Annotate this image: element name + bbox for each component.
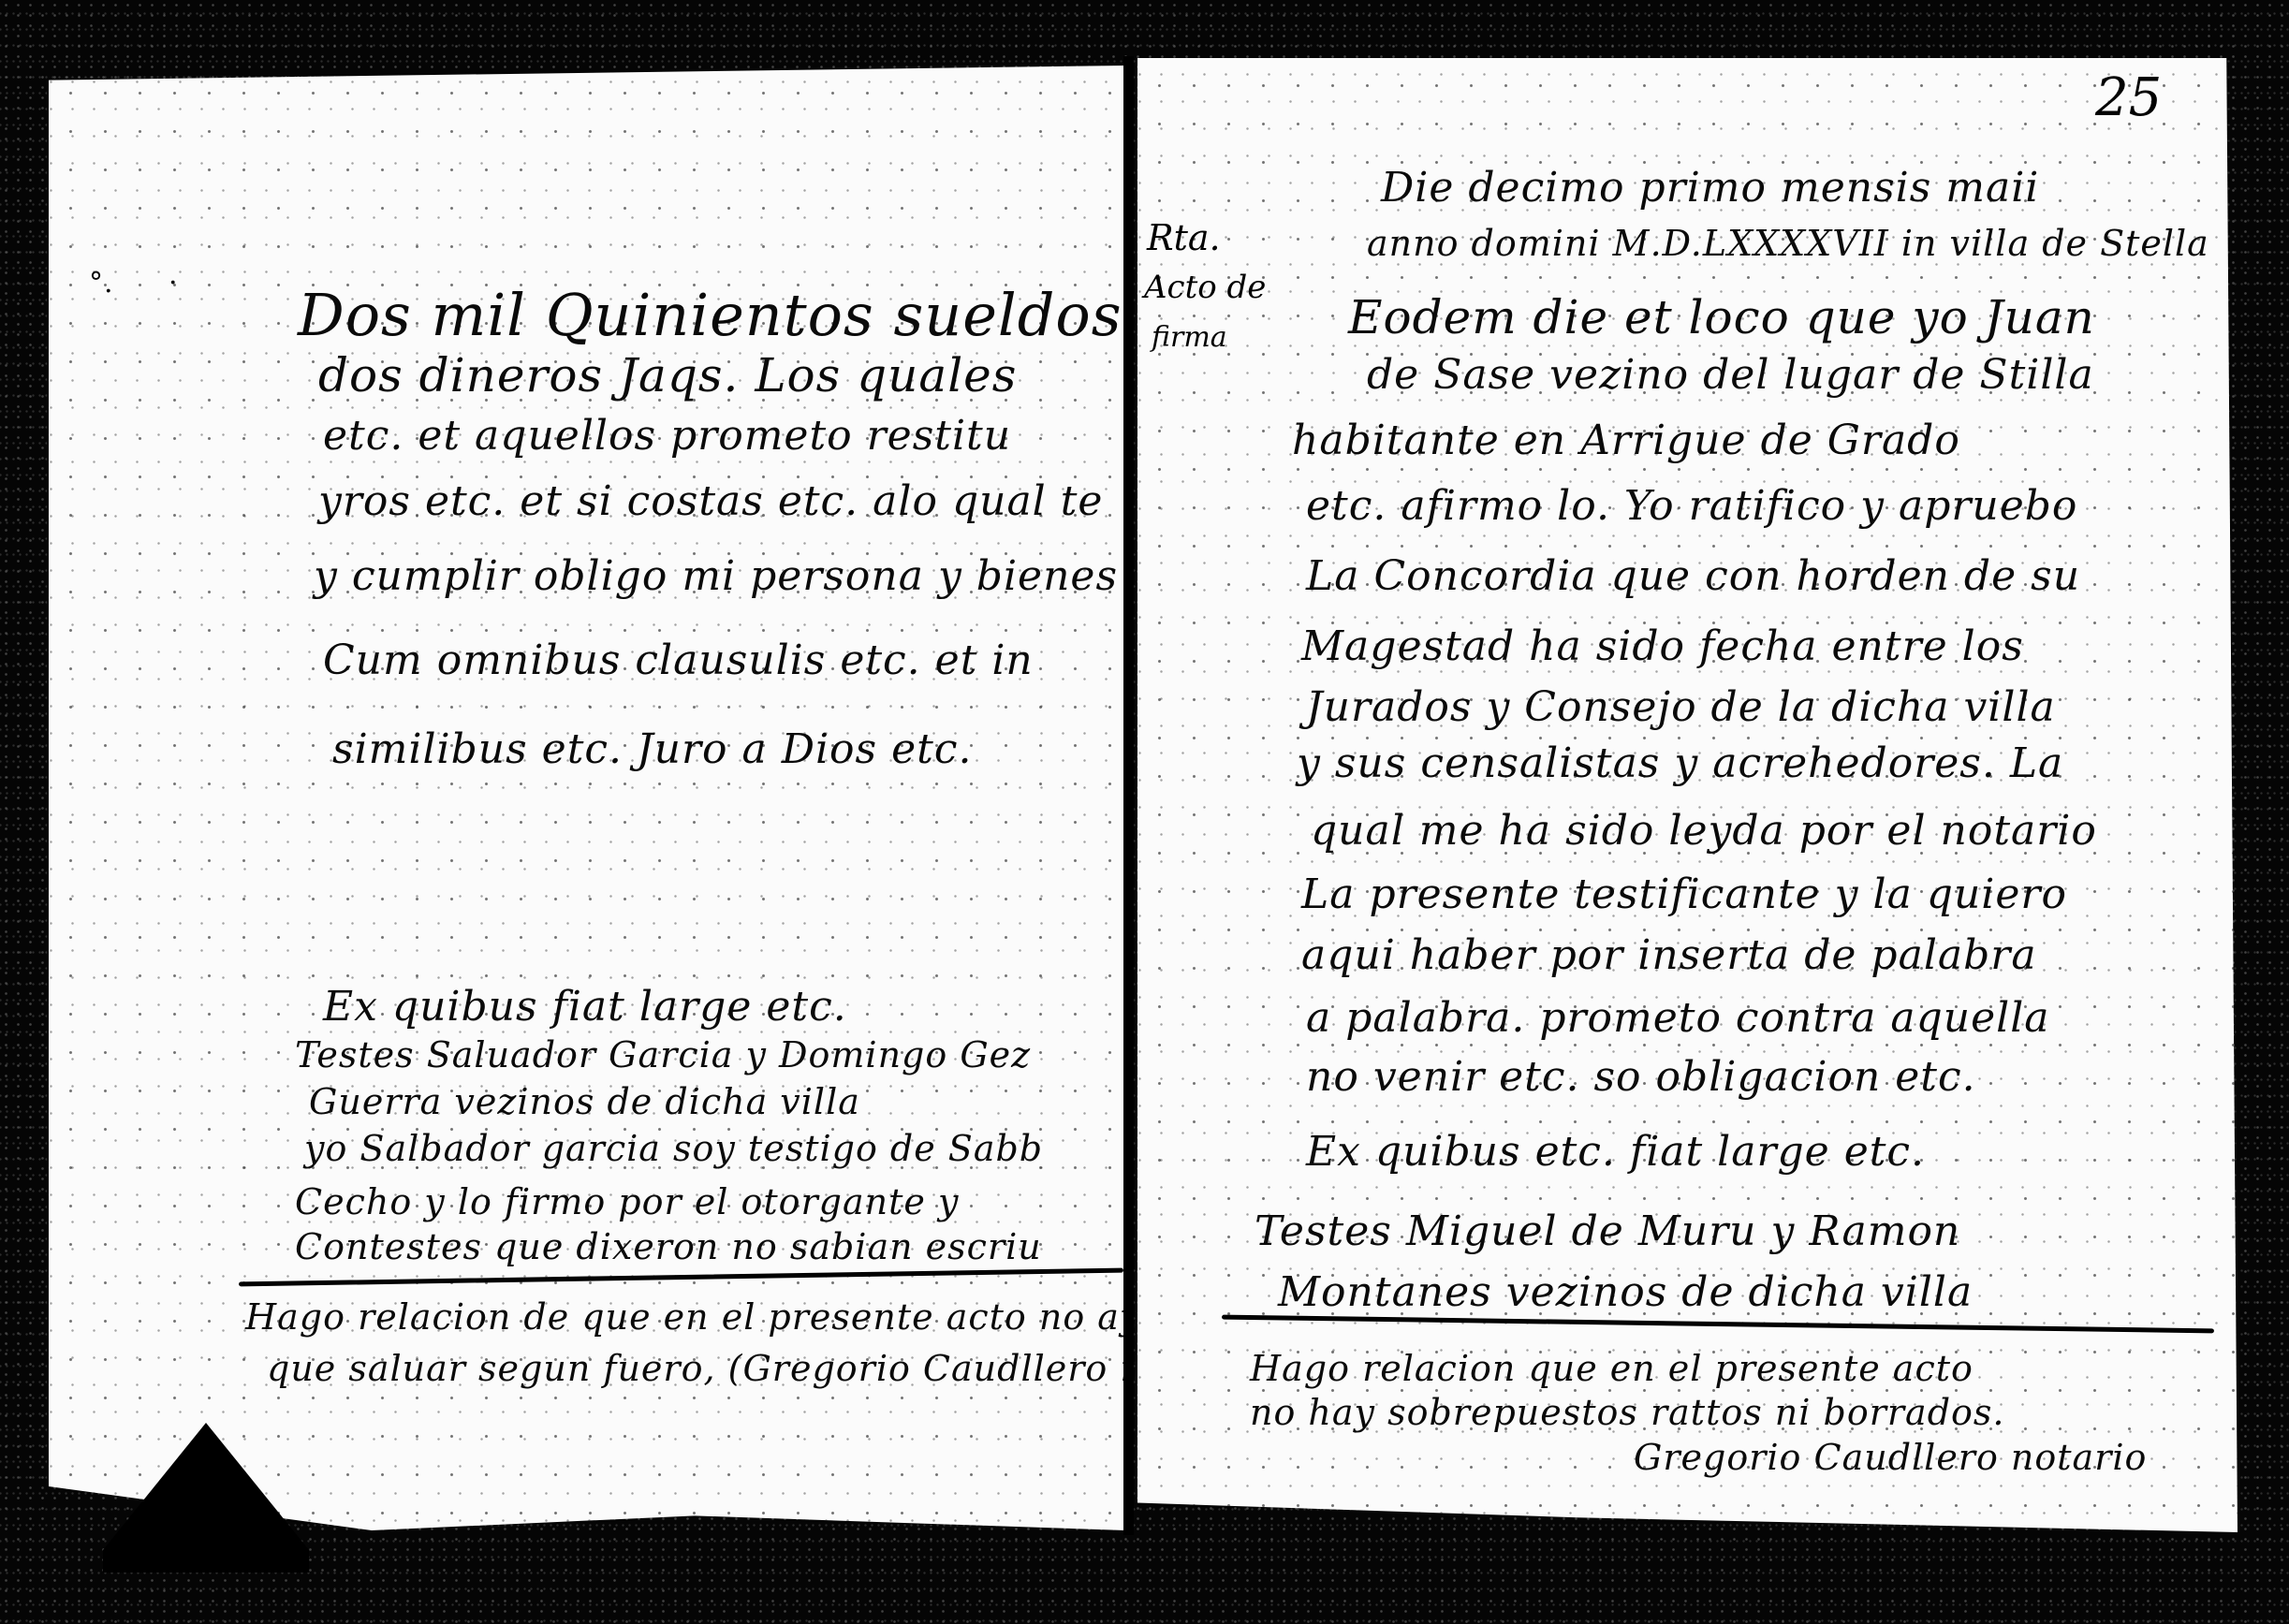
date-line: anno domini M.D.LXXXXVII in villa de Ste… <box>1367 223 2209 264</box>
date-line: Die decimo primo mensis maii <box>1381 164 2039 212</box>
body-line: Cum omnibus clausulis etc. et in <box>323 636 1034 684</box>
body-line: de Sase vezino del lugar de Stilla <box>1367 351 2094 399</box>
body-line: aqui haber por inserta de palabra <box>1301 931 2037 979</box>
witness-line: Montanes vezinos de dicha villa <box>1278 1268 1973 1316</box>
body-line: dos dineros Jaqs. Los quales <box>318 348 1017 402</box>
body-line: Magestad ha sido fecha entre los <box>1301 622 2024 670</box>
body-line: habitante en Arrigue de Grado <box>1292 417 1960 464</box>
body-line: yros etc. et si costas etc. alo qual te <box>318 477 1103 525</box>
witness-line: yo Salbador garcia soy testigo de Sabb <box>304 1128 1043 1169</box>
notary-signature: Gregorio Caudllero notario <box>1634 1437 2147 1478</box>
body-line: etc. et aquellos prometo restitu <box>323 412 1011 460</box>
witness-line: Testes Saluador Garcia y Domingo Gez <box>295 1034 1031 1075</box>
witness-line: Ex quibus fiat large etc. <box>323 983 847 1031</box>
body-line: qual me ha sido leyda por el notario <box>1311 807 2097 855</box>
body-line: Eodem die et loco que yo Juan <box>1348 290 2095 344</box>
margin-mark: · <box>169 267 179 300</box>
body-line: similibus etc. Juro a Dios etc. <box>332 725 972 773</box>
body-line: Dos mil Quinientos sueldos <box>298 281 1122 349</box>
margin-note-line: Rta. <box>1147 220 1221 257</box>
witness-line: Contestes que dixeron no sabian escriu <box>295 1226 1042 1267</box>
witness-line: Ex quibus etc. fiat large etc. <box>1306 1128 1925 1176</box>
body-line: La Concordia que con horden de su <box>1306 552 2080 600</box>
body-line: La presente testificante y la quiero <box>1301 871 2067 918</box>
notary-line: que saluar segun fuero, (Gregorio Caudll… <box>267 1348 1194 1389</box>
margin-note-line: Acto de <box>1144 271 1266 305</box>
notary-line: no hay sobrepuestos rattos ni borrados. <box>1250 1392 2004 1433</box>
notary-line: Hago relacion que en el presente acto <box>1250 1348 1974 1389</box>
body-line: no venir etc. so obligacion etc. <box>1306 1053 1976 1101</box>
page-number: 25 <box>2095 67 2162 128</box>
notary-line: Hago relacion de que en el presente acto… <box>245 1296 1140 1338</box>
body-line: a palabra. prometo contra aquella <box>1306 994 2050 1042</box>
body-line: Jurados y Consejo de la dicha villa <box>1306 683 2056 731</box>
margin-mark: °. <box>89 267 114 300</box>
body-line: y sus censalistas y acrehedores. La <box>1297 739 2063 787</box>
body-line: etc. afirmo lo. Yo ratifico y apruebo <box>1306 482 2077 530</box>
witness-line: Cecho y lo firmo por el otorgante y <box>295 1181 959 1222</box>
witness-line: Testes Miguel de Muru y Ramon <box>1255 1207 1960 1255</box>
witness-line: Guerra vezinos de dicha villa <box>309 1081 860 1122</box>
page-gutter <box>1123 56 1134 1535</box>
body-line: y cumplir obligo mi persona y bienes <box>314 552 1118 600</box>
margin-note-line: firma <box>1152 323 1227 353</box>
